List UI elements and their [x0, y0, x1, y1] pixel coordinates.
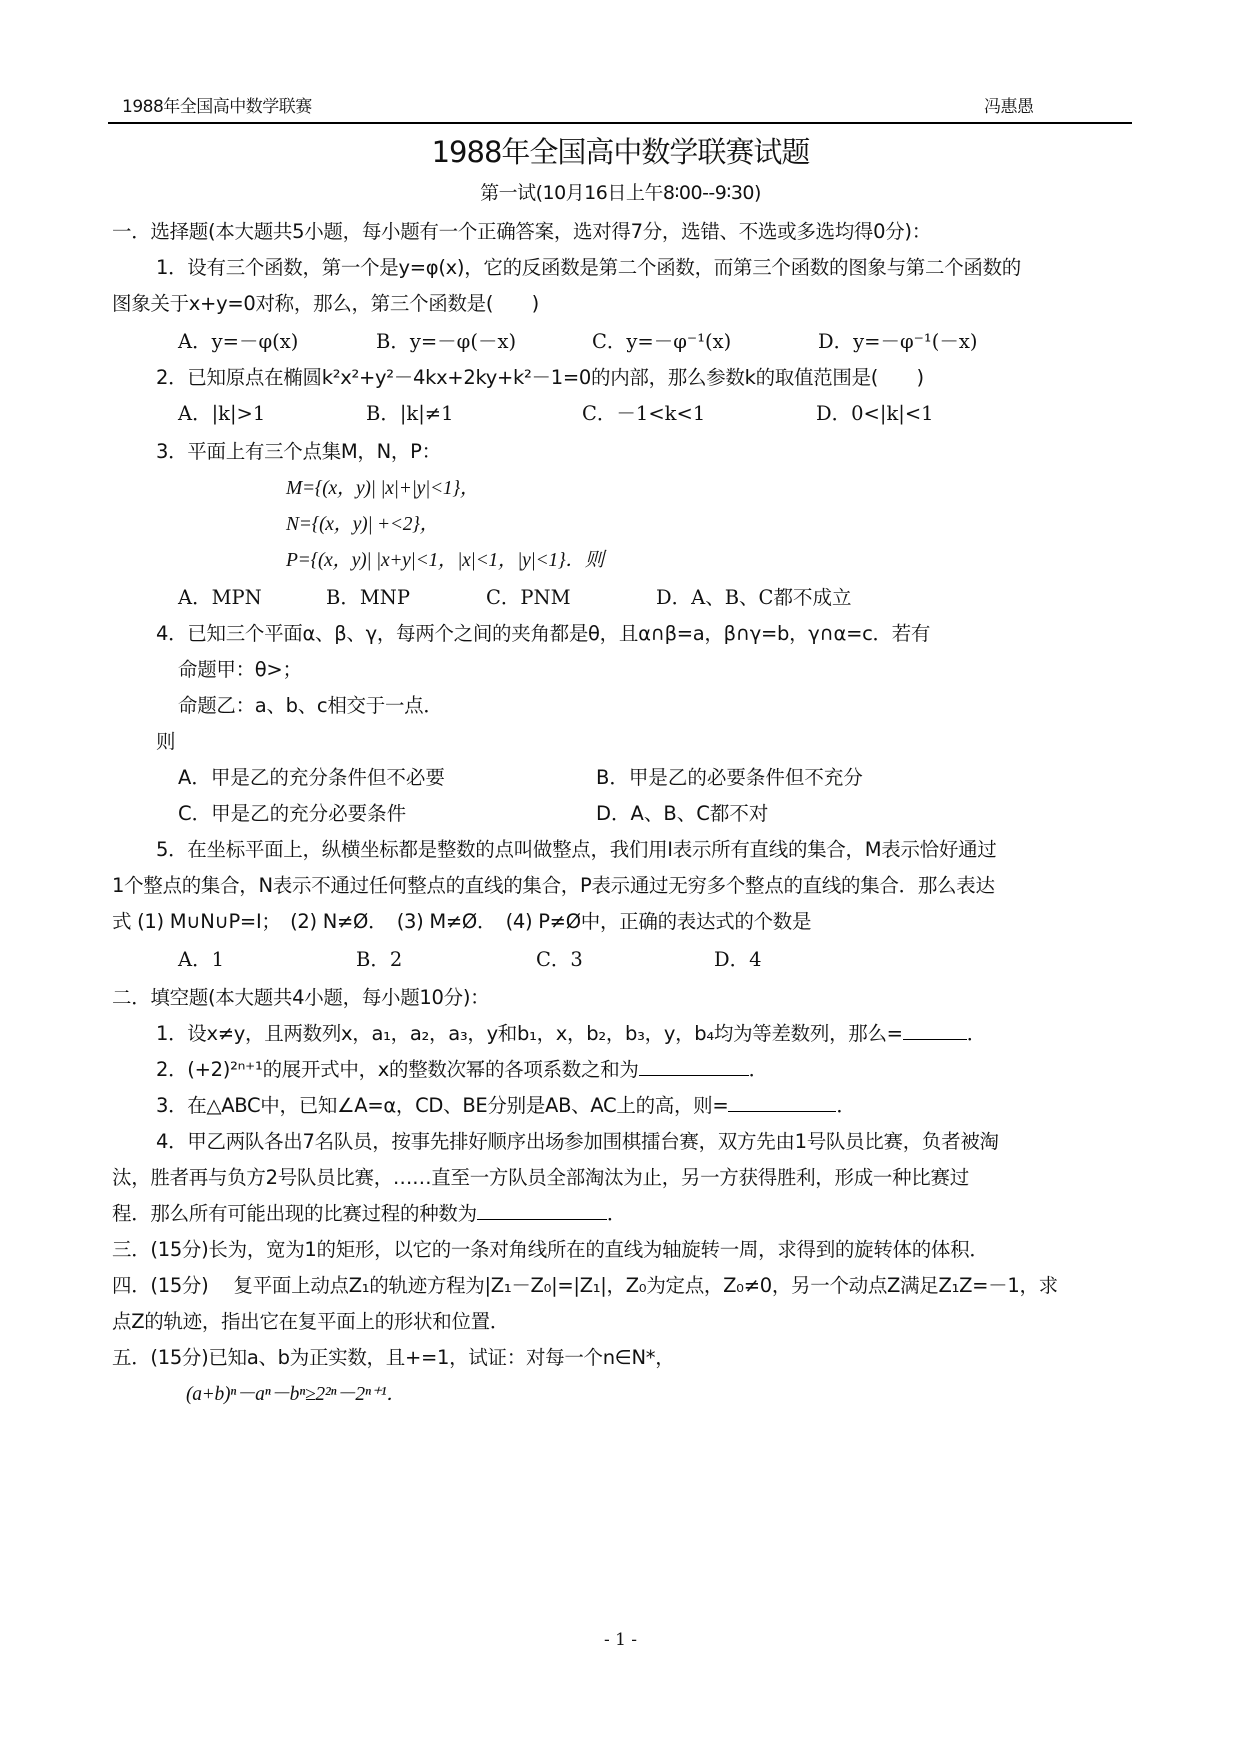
- s1-q1-line1: 1．设有三个函数，第一个是y=φ(x)，它的反函数是第二个函数，而第三个函数的图…: [156, 252, 1021, 280]
- section5-formula: (a+b)ⁿ－aⁿ－bⁿ≥2²ⁿ－2ⁿ⁺¹．: [186, 1378, 405, 1406]
- s2-q1: 1．设x≠y，且两数列x，a₁，a₂，a₃，y和b₁，x，b₂，b₃，y，b₄均…: [156, 1018, 986, 1046]
- page-number: - 1 -: [0, 1630, 1241, 1650]
- section4-line1: 四．(15分) 复平面上动点Z₁的轨迹方程为|Z₁－Z₀|=|Z₁|，Z₀为定点…: [112, 1270, 1058, 1298]
- section4-line2: 点Z的轨迹，指出它在复平面上的形状和位置．: [112, 1306, 509, 1334]
- exam-session-subtitle: 第一试(10月16日上午8∶00--9∶30): [0, 178, 1241, 205]
- s2-q4-text: 程．那么所有可能出现的比赛过程的种数为: [112, 1202, 477, 1225]
- s1-q2-line1: 2．已知原点在椭圆k²x²+y²－4kx+2ky+k²－1=0的内部，那么参数k…: [156, 362, 924, 390]
- s2-q3-answer-blank: [728, 1093, 836, 1112]
- section2-heading: 二．填空题(本大题共4小题，每小题10分)：: [112, 982, 489, 1010]
- s1-q5-option-d: D．4: [714, 944, 762, 972]
- s1-q4-option-a: A．甲是乙的充分条件但不必要: [178, 762, 445, 790]
- s1-q3-set-n: N={(x，y)| +<2}，: [286, 508, 439, 536]
- s1-q5-line3: 式 (1) M∪N∪P=I； (2) N≠Ø． (3) M≠Ø． (4) P≠Ø…: [112, 906, 811, 934]
- s1-q1-option-a: A．y=－φ(x): [178, 326, 298, 354]
- s1-q2-option-d: D．0<|k|<1: [816, 398, 934, 426]
- page-title: 1988年全国高中数学联赛试题: [0, 130, 1241, 171]
- s1-q5-line1: 5．在坐标平面上，纵横坐标都是整数的点叫做整点，我们用I表示所有直线的集合，M表…: [156, 834, 996, 862]
- running-header-author: 冯惠愚: [984, 92, 1034, 117]
- s2-q4-answer-blank: [477, 1201, 607, 1220]
- s1-q4-line1: 4．已知三个平面α、β、γ，每两个之间的夹角都是θ，且α∩β=a，β∩γ=b，γ…: [156, 618, 930, 646]
- s1-q3-line1: 3．平面上有三个点集M，N，P：: [156, 436, 441, 464]
- s1-q3-set-p: P={(x，y)| |x+y|<1，|x|<1，|y|<1}．则: [286, 544, 604, 572]
- s1-q4-prop-jia: 命题甲：θ>；: [178, 654, 302, 682]
- s1-q5-option-c: C．3: [536, 944, 583, 972]
- s1-q5-line2: 1个整点的集合，N表示不通过任何整点的直线的集合，P表示通过无穷多个整点的直线的…: [112, 870, 995, 898]
- s1-q3-option-a: A．MPN: [178, 582, 262, 610]
- s2-q2-answer-blank: [639, 1057, 749, 1076]
- section1-heading: 一．选择题(本大题共5小题，每小题有一个正确答案，选对得7分，选错、不选或多选均…: [112, 216, 931, 244]
- s1-q4-option-d: D．A、B、C都不对: [596, 798, 768, 826]
- section3-problem: 三．(15分)长为，宽为1的矩形，以它的一条对角线所在的直线为轴旋转一周，求得到…: [112, 1234, 989, 1262]
- s1-q3-option-b: B．MNP: [326, 582, 410, 610]
- s1-q3-set-m: M={(x，y)| |x|+|y|<1}，: [286, 472, 479, 500]
- s1-q1-option-b: B．y=－φ(－x): [376, 326, 516, 354]
- s1-q4-prop-yi: 命题乙：a、b、c相交于一点．: [178, 690, 443, 718]
- s1-q4-option-b: B．甲是乙的必要条件但不充分: [596, 762, 863, 790]
- s1-q3-option-c: C．PNM: [486, 582, 571, 610]
- s1-q1-line2: 图象关于x+y=0对称，那么，第三个函数是( ): [112, 288, 539, 316]
- s2-q3-text: 3．在△ABC中，已知∠A=α，CD、BE分别是AB、AC上的高，则=: [156, 1094, 728, 1117]
- s1-q1-option-c: C．y=－φ⁻¹(x): [592, 326, 731, 354]
- s2-q1-text: 1．设x≠y，且两数列x，a₁，a₂，a₃，y和b₁，x，b₂，b₃，y，b₄均…: [156, 1022, 903, 1045]
- header-rule: [108, 122, 1132, 124]
- s1-q5-option-a: A．1: [178, 944, 224, 972]
- running-header-left: 1988年全国高中数学联赛: [122, 92, 312, 117]
- section5-line1: 五．(15分)已知a、b为正实数，且+=1，试证：对每一个n∈N*，: [112, 1342, 674, 1370]
- s1-q2-option-c: C．－1<k<1: [582, 398, 705, 426]
- s1-q3-option-d: D．A、B、C都不成立: [656, 582, 851, 610]
- s1-q4-then: 则: [156, 726, 175, 754]
- s1-q4-option-c: C．甲是乙的充分必要条件: [178, 798, 406, 826]
- s2-q4-line3: 程．那么所有可能出现的比赛过程的种数为．: [112, 1198, 626, 1226]
- s2-q3: 3．在△ABC中，已知∠A=α，CD、BE分别是AB、AC上的高，则=．: [156, 1090, 856, 1118]
- s1-q2-option-a: A．|k|>1: [178, 398, 265, 426]
- s2-q2: 2．(+2)²ⁿ⁺¹的展开式中，x的整数次幂的各项系数之和为．: [156, 1054, 768, 1082]
- s2-q2-text: 2．(+2)²ⁿ⁺¹的展开式中，x的整数次幂的各项系数之和为: [156, 1058, 639, 1081]
- s1-q5-option-b: B．2: [356, 944, 402, 972]
- s2-q1-answer-blank: [903, 1021, 967, 1040]
- s2-q4-line1: 4．甲乙两队各出7名队员，按事先排好顺序出场参加围棋擂台赛，双方先由1号队员比赛…: [156, 1126, 999, 1154]
- s1-q1-option-d: D．y=－φ⁻¹(－x): [818, 326, 977, 354]
- s2-q4-line2: 汰，胜者再与负方2号队员比赛，……直至一方队员全部淘汰为止，另一方获得胜利，形成…: [112, 1162, 969, 1190]
- s1-q2-option-b: B．|k|≠1: [366, 398, 454, 426]
